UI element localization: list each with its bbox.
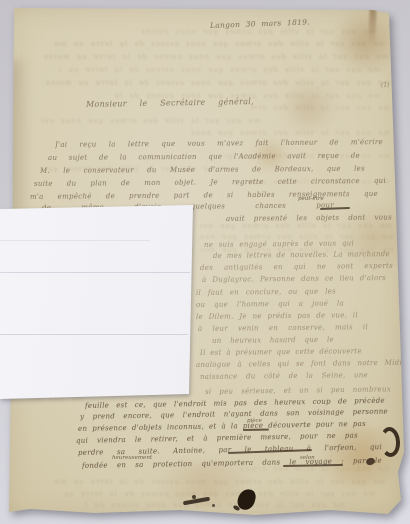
photo-backdrop: me aux sur la ville des armes que nous a… [0, 0, 410, 524]
white-note [0, 0, 410, 524]
note-crease [0, 334, 188, 335]
note-crease [0, 240, 150, 241]
note-crease [0, 272, 190, 273]
white-note-shadow-wrap [0, 0, 410, 524]
